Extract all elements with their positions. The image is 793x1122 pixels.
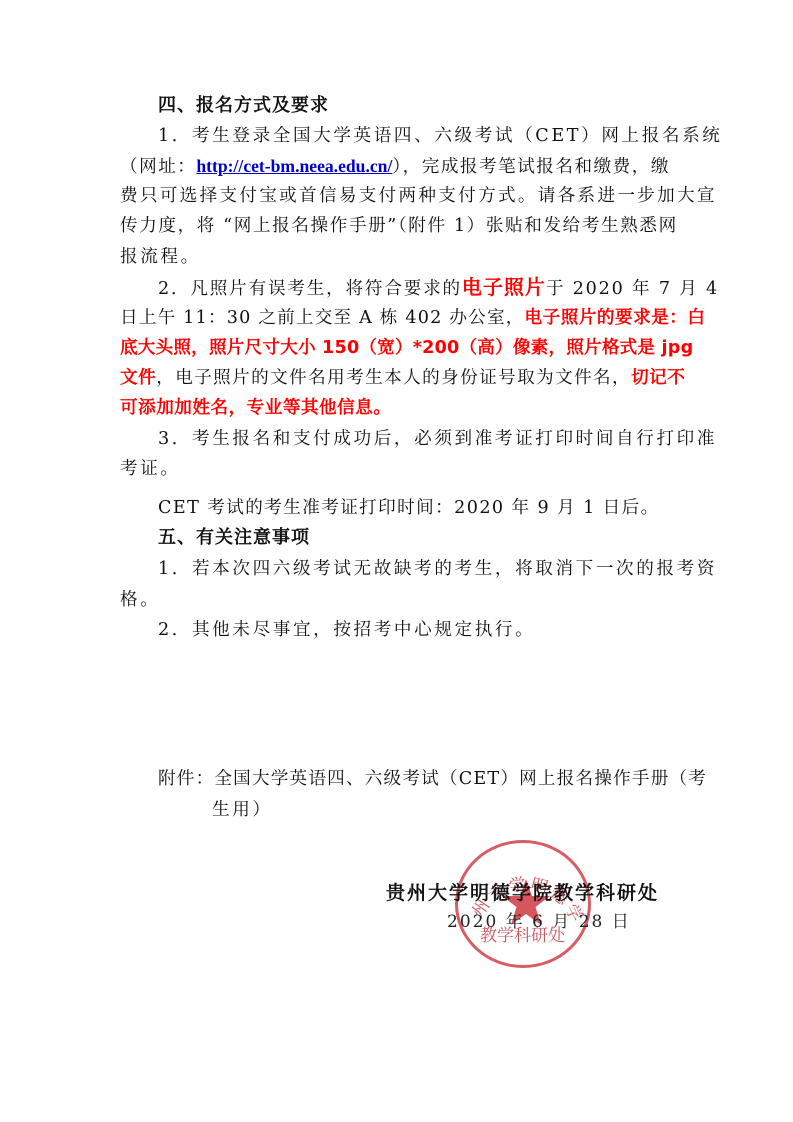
section-4-item-2-line-3: 底大头照，照片尺寸大小 150（宽）*200（高）像素，照片格式是 jpg <box>120 337 675 359</box>
filename-instruction: ，电子照片的文件名用考生本人的身份证号取为文件名， <box>156 368 631 388</box>
electronic-photo-highlight: 电子照片 <box>462 275 546 299</box>
section-4-item-1-line-4: 传力度，将 “网上报名操作手册”（附件 1）张贴和发给考生熟悉网 <box>120 215 675 237</box>
section-4-item-2-line-4: 文件，电子照片的文件名用考生本人的身份证号取为文件名，切记不 <box>120 367 675 389</box>
section-5-item-2: 2．其他未尽事宜，按招考中心规定执行。 <box>158 619 675 641</box>
registration-url-link[interactable]: http://cet-bm.neea.edu.cn/ <box>196 156 392 176</box>
section-5-item-1-line-1: 1．若本次四六级考试无故缺考的考生，将取消下一次的报考资 <box>158 558 675 580</box>
url-suffix: ），完成报考笔试报名和缴费，缴 <box>392 157 670 177</box>
url-prefix: （网址： <box>120 157 196 177</box>
deadline-text: 日上午 11：30 之前上交至 A 栋 402 办公室， <box>120 308 525 328</box>
attachment-line-2: 生用） <box>212 799 767 821</box>
section-4-item-1-line-5: 报流程。 <box>120 246 675 268</box>
section-4-item-2-line-5: 可添加加姓名，专业等其他信息。 <box>120 397 675 419</box>
section-4-item-1-line-1: 1．考生登录全国大学英语四、六级考试（CET）网上报名系统 <box>158 125 675 147</box>
warning-highlight: 切记不 <box>631 368 685 388</box>
section-4-heading: 四、报名方式及要求 <box>158 95 675 117</box>
item-2-prefix: 2．凡照片有误考生，将符合要求的 <box>158 279 462 299</box>
section-4-item-3-line-2: 考证。 <box>120 458 675 480</box>
section-5-heading: 五、有关注意事项 <box>158 527 675 549</box>
section-4-item-2-line-1: 2．凡照片有误考生，将符合要求的电子照片于 2020 年 7 月 4 <box>158 276 675 300</box>
section-4-item-2-line-2: 日上午 11：30 之前上交至 A 栋 402 办公室，电子照片的要求是：白 <box>120 307 675 329</box>
signature-organization: 贵州大学明德学院教学科研处 <box>386 878 659 905</box>
admission-ticket-print-time: CET 考试的考生准考证打印时间：2020 年 9 月 1 日后。 <box>158 497 675 519</box>
signature-date: 2020 年 6 月 28 日 <box>447 907 631 932</box>
section-4-item-1-line-2: （网址：http://cet-bm.neea.edu.cn/），完成报考笔试报名… <box>120 155 675 178</box>
document-page: 四、报名方式及要求 1．考生登录全国大学英语四、六级考试（CET）网上报名系统 … <box>0 0 793 1122</box>
attachment-line-1: 附件：全国大学英语四、六级考试（CET）网上报名操作手册（考 <box>158 768 675 790</box>
item-2-date: 于 2020 年 7 月 4 <box>546 279 719 299</box>
section-4-item-1-line-3: 费只可选择支付宝或首信易支付两种支付方式。请各系进一步加大宣 <box>120 185 675 207</box>
section-4-item-3-line-1: 3．考生报名和支付成功后，必须到准考证打印时间自行打印准 <box>158 428 675 450</box>
photo-requirement-highlight: 电子照片的要求是：白 <box>525 308 706 328</box>
section-5-item-1-line-2: 格。 <box>120 589 675 611</box>
file-highlight: 文件 <box>120 368 156 388</box>
